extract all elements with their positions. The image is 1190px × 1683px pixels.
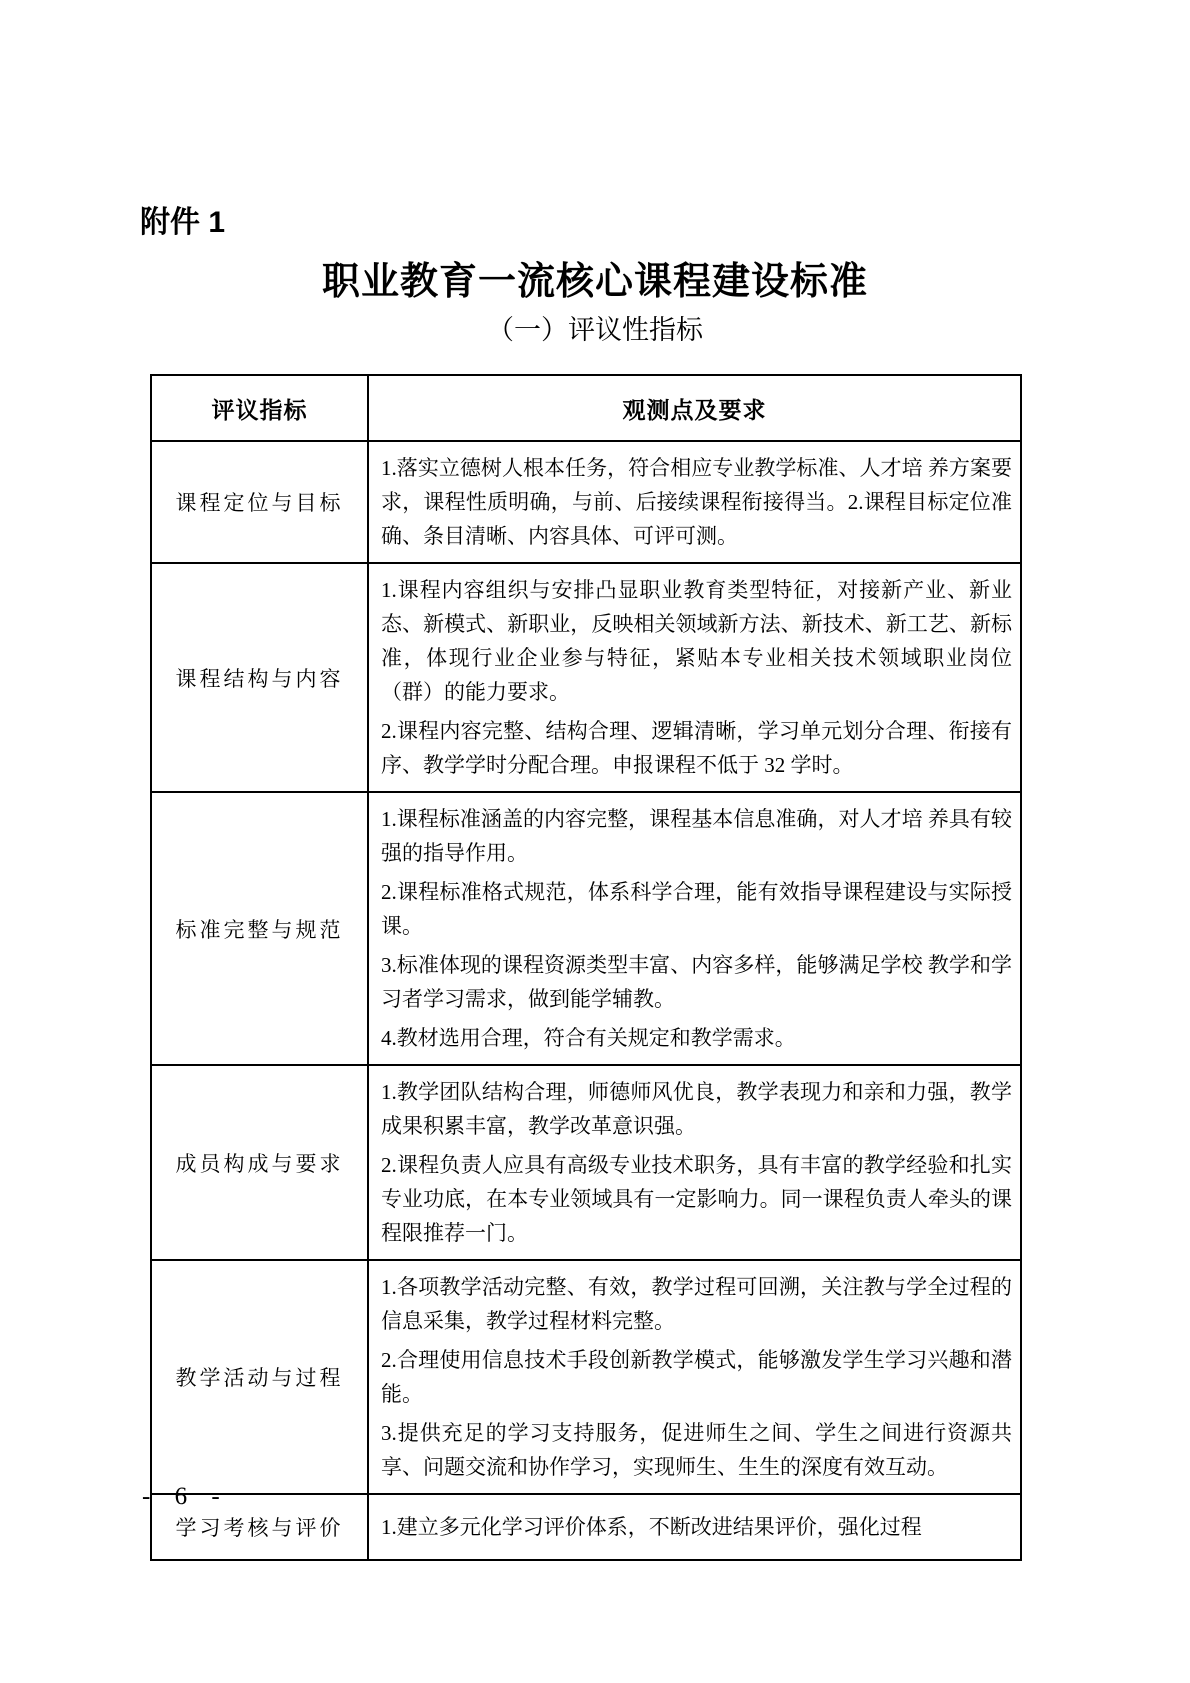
document-page: 附件 1 职业教育一流核心课程建设标准 （一）评议性指标 评议指标 观测点及要求… bbox=[0, 0, 1190, 1683]
evaluation-table: 评议指标 观测点及要求 课程定位与目标 1.落实立德树人根本任务，符合相应专业教… bbox=[150, 374, 1022, 1561]
attachment-label: 附件 1 bbox=[140, 205, 225, 241]
document-title: 职业教育一流核心课程建设标准 bbox=[0, 260, 1190, 306]
observation-cell: 1.教学团队结构合理，师德师风优良，教学表现力和亲和力强，教学成果积累丰富，教学… bbox=[368, 1065, 1021, 1260]
observation-point: 2.课程标准格式规范，体系科学合理，能有效指导课程建设与实际授课。 bbox=[381, 875, 1012, 943]
indicator-cell: 标准完整与规范 bbox=[151, 792, 368, 1065]
table-row: 学习考核与评价 1.建立多元化学习评价体系，不断改进结果评价，强化过程 bbox=[151, 1494, 1021, 1560]
indicator-cell: 教学活动与过程 bbox=[151, 1260, 368, 1494]
observation-cell: 1.各项教学活动完整、有效，教学过程可回溯，关注教与学全过程的信息采集，教学过程… bbox=[368, 1260, 1021, 1494]
indicator-cell: 成员构成与要求 bbox=[151, 1065, 368, 1260]
observation-point: 2.课程内容完整、结构合理、逻辑清晰，学习单元划分合理、衔接有序、教学学时分配合… bbox=[381, 714, 1012, 782]
observation-point: 1.课程内容组织与安排凸显职业教育类型特征，对接新产业、新业态、新模式、新职业，… bbox=[381, 573, 1012, 709]
observation-point: 1.建立多元化学习评价体系，不断改进结果评价，强化过程 bbox=[381, 1510, 1012, 1544]
observation-point: 2.课程负责人应具有高级专业技术职务，具有丰富的教学经验和扎实专业功底，在本专业… bbox=[381, 1148, 1012, 1250]
header-indicator-column: 评议指标 bbox=[151, 375, 368, 441]
observation-point: 1.各项教学活动完整、有效，教学过程可回溯，关注教与学全过程的信息采集，教学过程… bbox=[381, 1270, 1012, 1338]
table-row: 课程定位与目标 1.落实立德树人根本任务，符合相应专业教学标准、人才培 养方案要… bbox=[151, 441, 1021, 563]
page-number: - 6 - bbox=[142, 1483, 229, 1511]
observation-cell: 1.课程内容组织与安排凸显职业教育类型特征，对接新产业、新业态、新模式、新职业，… bbox=[368, 563, 1021, 792]
observation-point: 1.教学团队结构合理，师德师风优良，教学表现力和亲和力强，教学成果积累丰富，教学… bbox=[381, 1075, 1012, 1143]
observation-cell: 1.落实立德树人根本任务，符合相应专业教学标准、人才培 养方案要求，课程性质明确… bbox=[368, 441, 1021, 563]
table-row: 标准完整与规范 1.课程标准涵盖的内容完整，课程基本信息准确，对人才培 养具有较… bbox=[151, 792, 1021, 1065]
observation-point: 3.提供充足的学习支持服务，促进师生之间、学生之间进行资源共享、问题交流和协作学… bbox=[381, 1416, 1012, 1484]
header-observation-column: 观测点及要求 bbox=[368, 375, 1021, 441]
observation-cell: 1.建立多元化学习评价体系，不断改进结果评价，强化过程 bbox=[368, 1494, 1021, 1560]
observation-cell: 1.课程标准涵盖的内容完整，课程基本信息准确，对人才培 养具有较强的指导作用。 … bbox=[368, 792, 1021, 1065]
table-row: 课程结构与内容 1.课程内容组织与安排凸显职业教育类型特征，对接新产业、新业态、… bbox=[151, 563, 1021, 792]
table-row: 教学活动与过程 1.各项教学活动完整、有效，教学过程可回溯，关注教与学全过程的信… bbox=[151, 1260, 1021, 1494]
observation-point: 1.落实立德树人根本任务，符合相应专业教学标准、人才培 养方案要求，课程性质明确… bbox=[381, 451, 1012, 553]
section-subtitle: （一）评议性指标 bbox=[0, 314, 1190, 346]
indicator-cell: 课程定位与目标 bbox=[151, 441, 368, 563]
table-header-row: 评议指标 观测点及要求 bbox=[151, 375, 1021, 441]
observation-point: 4.教材选用合理，符合有关规定和教学需求。 bbox=[381, 1021, 1012, 1055]
table-row: 成员构成与要求 1.教学团队结构合理，师德师风优良，教学表现力和亲和力强，教学成… bbox=[151, 1065, 1021, 1260]
observation-point: 2.合理使用信息技术手段创新教学模式，能够激发学生学习兴趣和潜能。 bbox=[381, 1343, 1012, 1411]
observation-point: 3.标准体现的课程资源类型丰富、内容多样，能够满足学校 教学和学习者学习需求，做… bbox=[381, 948, 1012, 1016]
indicator-cell: 课程结构与内容 bbox=[151, 563, 368, 792]
observation-point: 1.课程标准涵盖的内容完整，课程基本信息准确，对人才培 养具有较强的指导作用。 bbox=[381, 802, 1012, 870]
